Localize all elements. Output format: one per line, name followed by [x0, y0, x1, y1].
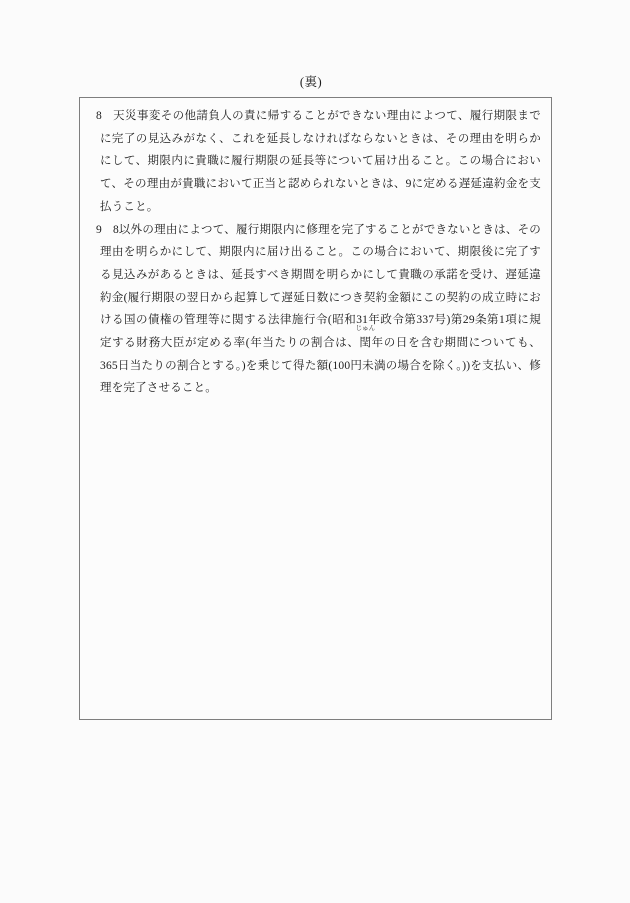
ruby-base-character: 閏 [360, 337, 372, 349]
ruby-annotated-character: じゅん閏 [360, 332, 372, 355]
clauses-text-area: 8天災事変その他請負人の責に帰することができない理由によつて、履行期限までに完了… [80, 98, 551, 400]
clause-8: 8天災事変その他請負人の責に帰することができない理由によつて、履行期限までに完了… [96, 105, 541, 219]
document-page: (裏) 8天災事変その他請負人の責に帰することができない理由によつて、履行期限ま… [0, 0, 630, 903]
clauses-border-box: 8天災事変その他請負人の責に帰することができない理由によつて、履行期限までに完了… [79, 97, 552, 720]
clause-9-text-before-ruby: 8以外の理由によつて、履行期限内に修理を完了することができないときは、その理由を… [100, 224, 541, 350]
clause-9-number: 9 [96, 219, 102, 242]
page-side-label: (裏) [0, 72, 622, 90]
clause-8-text: 天災事変その他請負人の責に帰することができない理由によつて、履行期限までに完了の… [100, 110, 541, 213]
clause-9: 98以外の理由によつて、履行期限内に修理を完了することができないときは、その理由… [96, 219, 541, 401]
ruby-furigana-text: じゅん [356, 326, 376, 333]
clause-8-number: 8 [96, 105, 102, 128]
